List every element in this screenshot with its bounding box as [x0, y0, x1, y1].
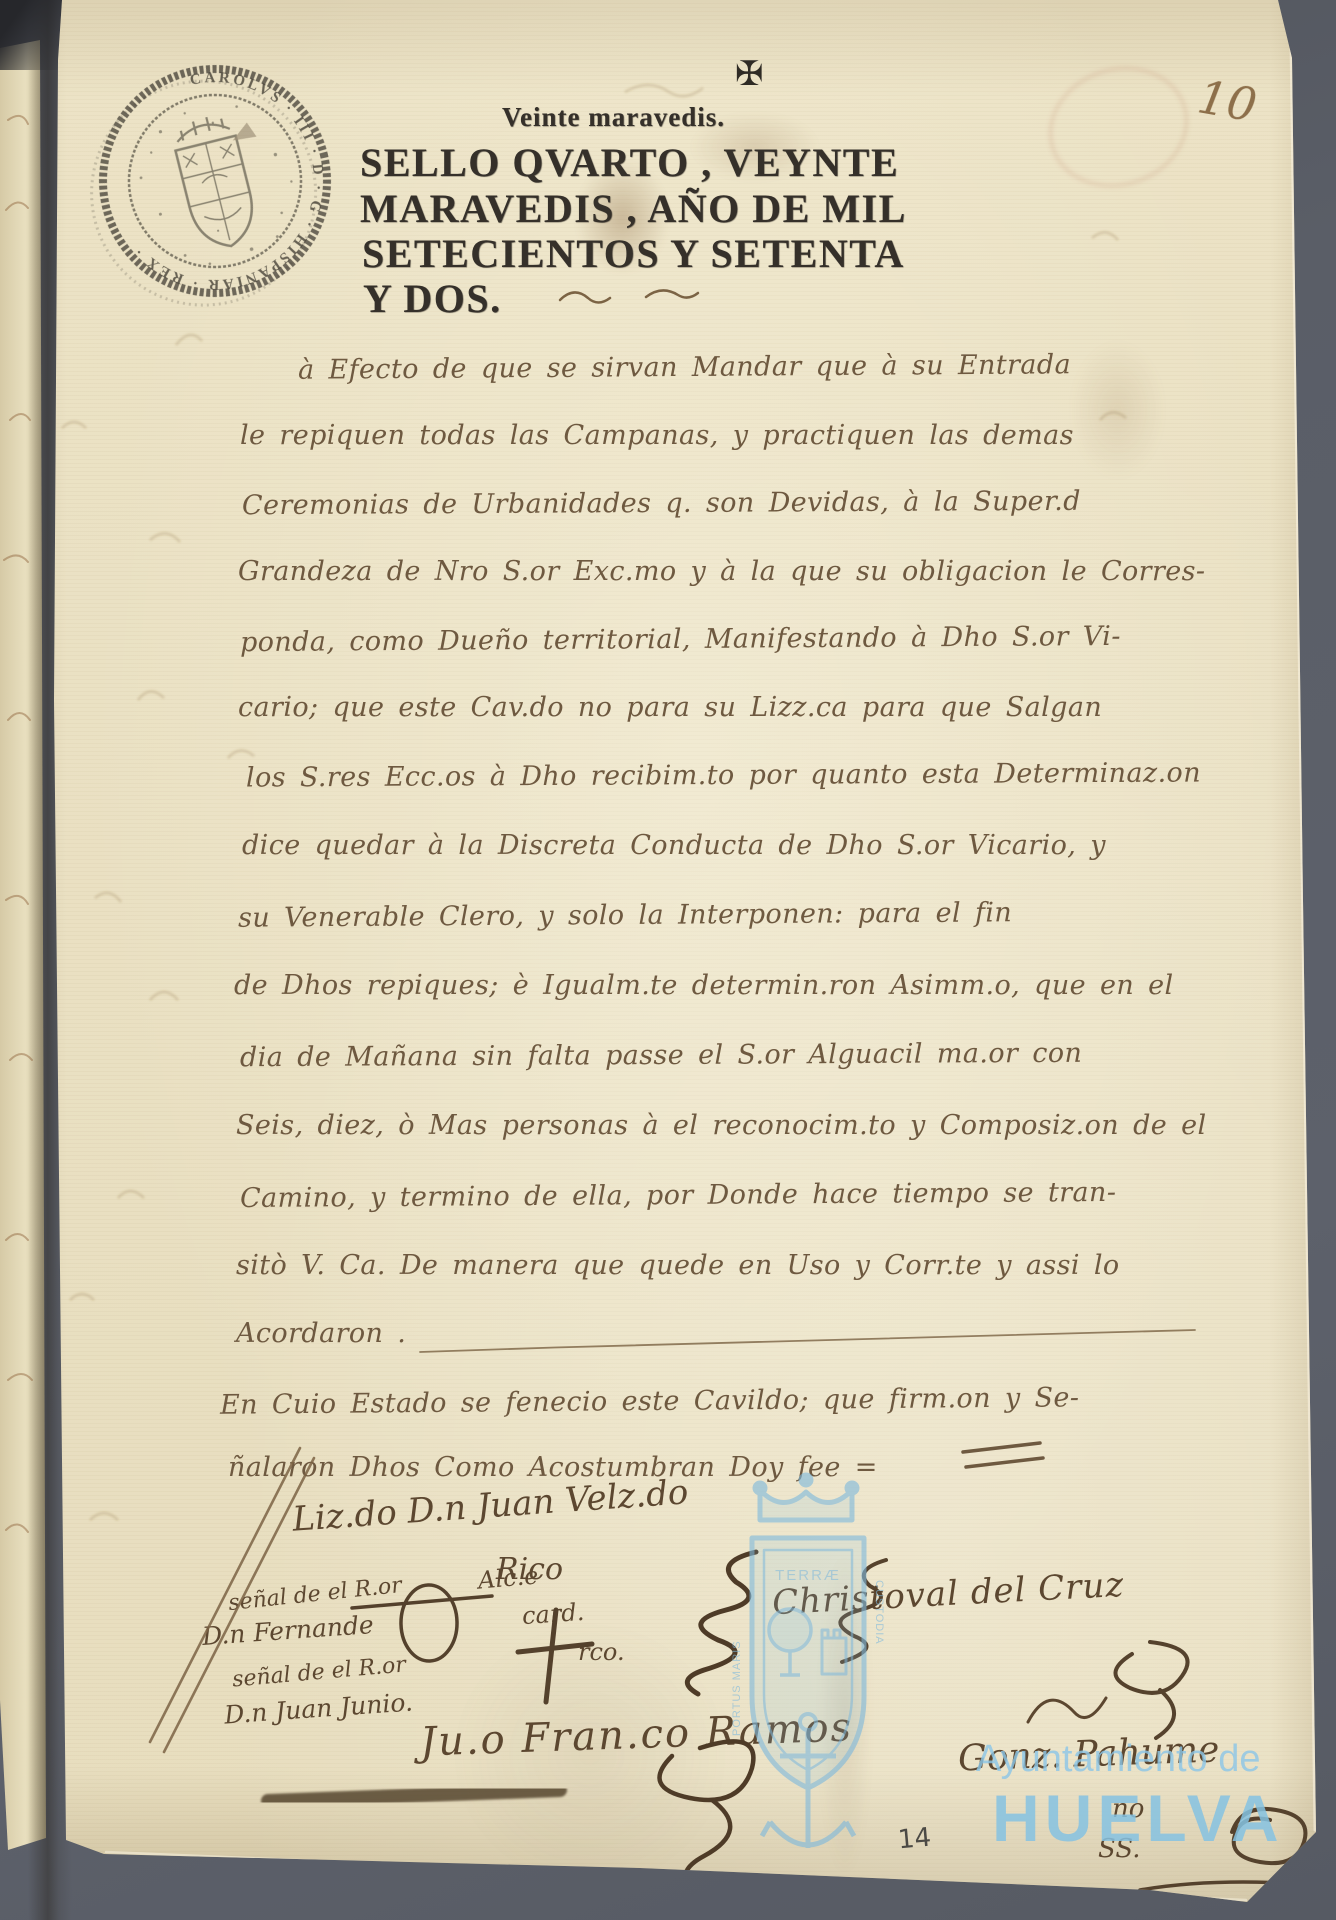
- underline-flourish: [1140, 1882, 1302, 1890]
- flourish-tilde: [646, 290, 698, 297]
- acordaron-rule: [420, 1330, 1195, 1352]
- senal-mark-cross: [518, 1610, 592, 1702]
- cristobal-flourish: [1115, 1642, 1187, 1738]
- gonzalez-squiggle: [1028, 1698, 1106, 1722]
- crest-motto-left: PORTUS MARIS: [731, 1640, 743, 1736]
- document-page: ✠ Veinte maravedis. 10 SELLO QVARTO , VE…: [0, 0, 1336, 1920]
- doyfee-equals: [963, 1443, 1043, 1467]
- watermark-line2: HUELVA: [992, 1780, 1284, 1856]
- flourish-tilde: [560, 292, 610, 302]
- tree-canopy: [769, 1609, 811, 1651]
- senal-mark-circle: [352, 1585, 492, 1661]
- prev-page-ghost-writing: [0, 0, 46, 1920]
- scanned-manuscript-document: ✠ Veinte maravedis. 10 SELLO QVARTO , VE…: [0, 0, 1336, 1920]
- crest-motto-top: TERRÆ: [775, 1567, 841, 1584]
- crown: [760, 1490, 852, 1520]
- ink-flourishes: [0, 0, 1336, 1920]
- crest-motto-right: CUSTODIA: [873, 1580, 885, 1645]
- signature-double-slash: [150, 1448, 314, 1752]
- page-right-edge: [1291, 40, 1315, 1830]
- watermark-line1: Ayuntamiento de: [976, 1738, 1261, 1781]
- ink-smear: [268, 1790, 560, 1801]
- page-bottom-edge: [106, 1852, 1246, 1900]
- huelva-crest-watermark: TERRÆ PORTUS MARIS CUSTODIA: [690, 1460, 920, 1900]
